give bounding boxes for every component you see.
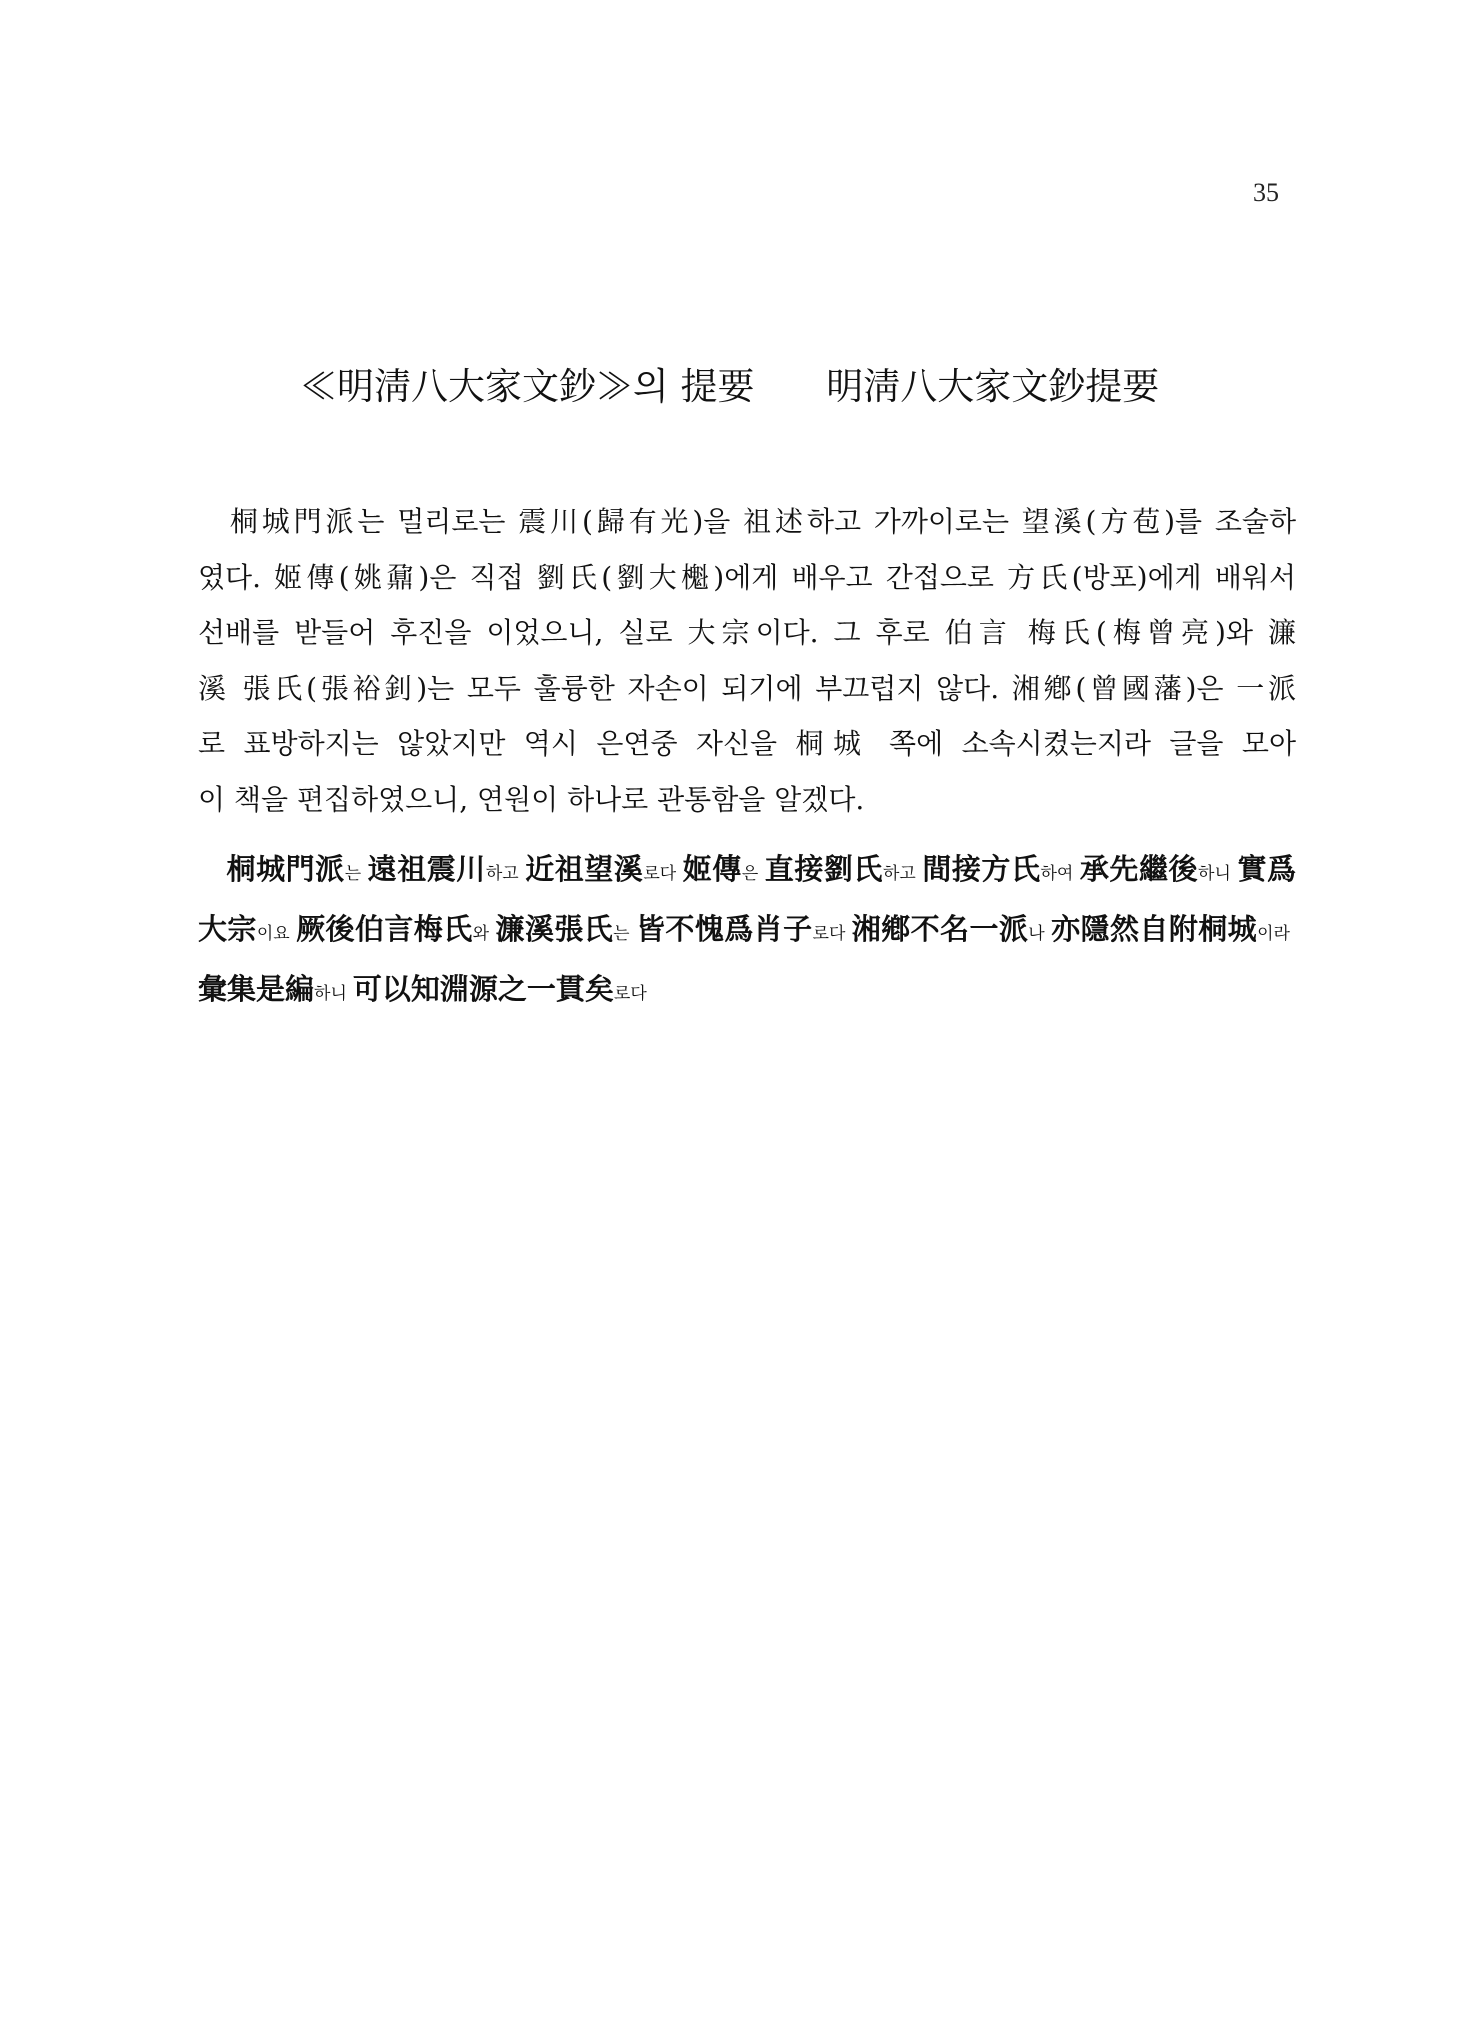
original-segment: 承先繼後 [1079, 852, 1198, 886]
original-segment: 大宗 [198, 912, 257, 946]
original-segment: 亦隱然自附桐城 [1051, 912, 1257, 946]
particle: 하여 [1041, 864, 1074, 884]
original-segment: 姬傳 [682, 852, 742, 886]
original-segment: 桐城門派 [226, 852, 345, 886]
original-segment: 直接劉氏 [764, 852, 883, 886]
translation-line: 로 표방하지는 않았지만 역시 은연중 자신을 桐城 쪽에 소속시켰는지라 글을… [198, 716, 1296, 772]
particle: 와 [473, 924, 489, 944]
particle: 하고 [486, 864, 519, 884]
title-main: ≪明淸八大家文鈔≫의 提要 [300, 365, 755, 408]
particle: 는 [613, 924, 629, 944]
particle: 는 [345, 864, 361, 884]
original-segment: 近祖望溪 [525, 852, 644, 886]
particle: 로다 [643, 864, 676, 884]
particle: 로다 [614, 984, 647, 1004]
particle: 하니 [314, 984, 347, 1004]
original-segment: 實爲 [1237, 852, 1296, 886]
original-segment: 遠祖震川 [367, 852, 486, 886]
original-segment: 厥後伯言梅氏 [296, 912, 473, 946]
particle: 하니 [1198, 864, 1231, 884]
original-line: 彙集是編하니可以知淵源之一貫矣로다 [198, 962, 1296, 1022]
translation-paragraph: 桐城門派는 멀리로는 震川(歸有光)을 祖述하고 가까이로는 望溪(方苞)를 조… [198, 494, 1296, 827]
original-segment: 間接方氏 [922, 852, 1041, 886]
original-segment: 彙集是編 [198, 972, 314, 1006]
translation-line: 이 책을 편집하였으니, 연원이 하나로 관통함을 알겠다. [198, 772, 1296, 828]
original-segment: 湘鄕不名一派 [851, 912, 1028, 946]
particle: 이요 [257, 924, 290, 944]
section-title: ≪明淸八大家文鈔≫의 提要 明淸八大家文鈔提要 [0, 356, 1480, 410]
original-segment: 濂溪張氏 [495, 912, 613, 946]
particle: 이라 [1257, 924, 1290, 944]
original-segment: 皆不愧爲肖子 [636, 912, 813, 946]
original-segment: 可以知淵源之一貫矣 [353, 972, 614, 1006]
original-line: 大宗이요厥後伯言梅氏와濂溪張氏는皆不愧爲肖子로다湘鄕不名一派나亦隱然自附桐城이라 [198, 902, 1296, 962]
particle: 나 [1028, 924, 1044, 944]
translation-line: 溪 張氏(張裕釗)는 모두 훌륭한 자손이 되기에 부끄럽지 않다. 湘鄕(曾國… [198, 661, 1296, 717]
particle: 은 [742, 864, 758, 884]
translation-line: 였다. 姬傳(姚鼐)은 직접 劉氏(劉大櫆)에게 배우고 간접으로 方氏(방포)… [198, 550, 1296, 606]
particle: 하고 [883, 864, 916, 884]
page-number: 35 [1253, 178, 1279, 208]
title-original: 明淸八大家文鈔提要 [826, 365, 1159, 408]
original-line: 桐城門派는遠祖震川하고近祖望溪로다姬傳은直接劉氏하고間接方氏하여承先繼後하니實爲 [198, 842, 1296, 902]
translation-line: 桐城門派는 멀리로는 震川(歸有光)을 祖述하고 가까이로는 望溪(方苞)를 조… [198, 494, 1296, 550]
translation-line: 선배를 받들어 후진을 이었으니, 실로 大宗이다. 그 후로 伯言 梅氏(梅曾… [198, 605, 1296, 661]
original-text-paragraph: 桐城門派는遠祖震川하고近祖望溪로다姬傳은直接劉氏하고間接方氏하여承先繼後하니實爲… [198, 842, 1296, 1022]
particle: 로다 [813, 924, 846, 944]
